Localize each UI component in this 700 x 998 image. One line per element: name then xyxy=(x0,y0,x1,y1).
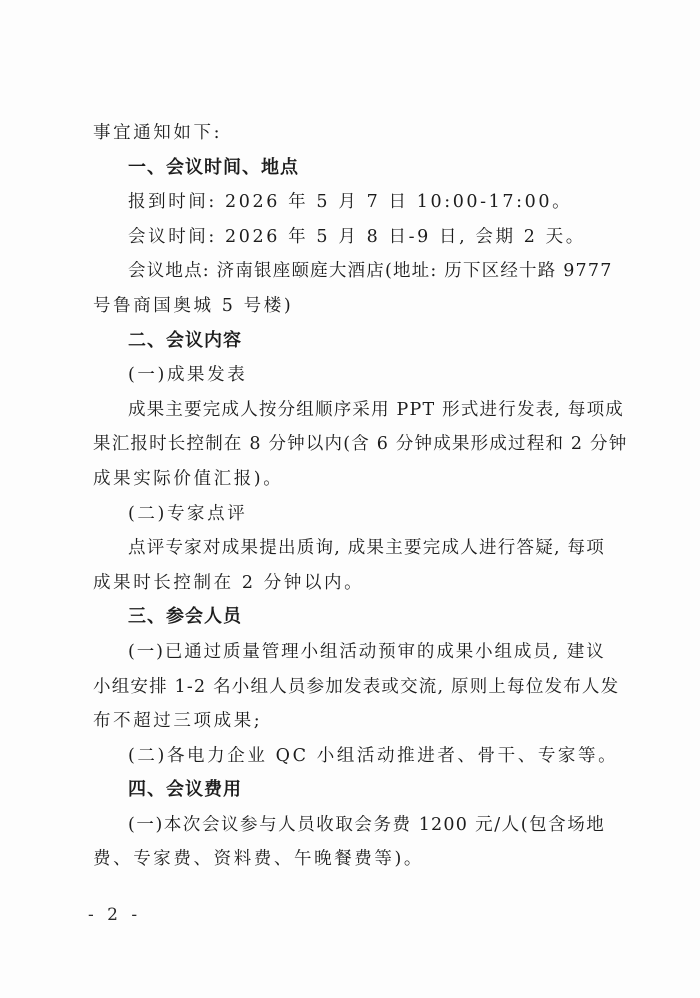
paragraph-line: 点评专家对成果提出质询, 成果主要完成人进行答疑, 每项 xyxy=(93,531,605,566)
paragraph-line: 小组安排 1-2 名小组人员参加发表或交流, 原则上每位发布人发 xyxy=(93,670,605,705)
paragraph-line: 费、专家费、资料费、午晚餐费等)。 xyxy=(93,842,605,877)
document-page: 事宜通知如下: 一、会议时间、地点 报到时间: 2026 年 5 月 7 日 1… xyxy=(93,116,605,877)
paragraph-line: 成果主要完成人按分组顺序采用 PPT 形式进行发表, 每项成 xyxy=(93,393,605,428)
paragraph-line: 果汇报时长控制在 8 分钟以内(含 6 分钟成果形成过程和 2 分钟 xyxy=(93,427,605,462)
paragraph-line: (一)本次会议参与人员收取会务费 1200 元/人(包含场地 xyxy=(93,808,605,843)
intro-text: 事宜通知如下: xyxy=(93,116,605,151)
meeting-location-cont: 号鲁商国奥城 5 号楼) xyxy=(93,289,605,324)
paragraph-line: 布不超过三项成果; xyxy=(93,704,605,739)
section-heading-attendees: 三、参会人员 xyxy=(93,600,605,635)
paragraph-line: (一)已通过质量管理小组活动预审的成果小组成员, 建议 xyxy=(93,635,605,670)
paragraph-line: 成果时长控制在 2 分钟以内。 xyxy=(93,566,605,601)
meeting-location: 会议地点: 济南银座颐庭大酒店(地址: 历下区经十路 9777 xyxy=(93,254,605,289)
page-number: - 2 - xyxy=(88,905,141,925)
section-heading-fees: 四、会议费用 xyxy=(93,773,605,808)
paragraph-line: 成果实际价值汇报)。 xyxy=(93,462,605,497)
paragraph-line: (二)各电力企业 QC 小组活动推进者、骨干、专家等。 xyxy=(93,739,605,774)
registration-time: 报到时间: 2026 年 5 月 7 日 10:00-17:00。 xyxy=(93,185,605,220)
subsection-title-expert-review: (二)专家点评 xyxy=(93,497,605,532)
section-heading-time-location: 一、会议时间、地点 xyxy=(93,151,605,186)
meeting-time: 会议时间: 2026 年 5 月 8 日-9 日, 会期 2 天。 xyxy=(93,220,605,255)
section-heading-content: 二、会议内容 xyxy=(93,324,605,359)
subsection-title-presentation: (一)成果发表 xyxy=(93,358,605,393)
